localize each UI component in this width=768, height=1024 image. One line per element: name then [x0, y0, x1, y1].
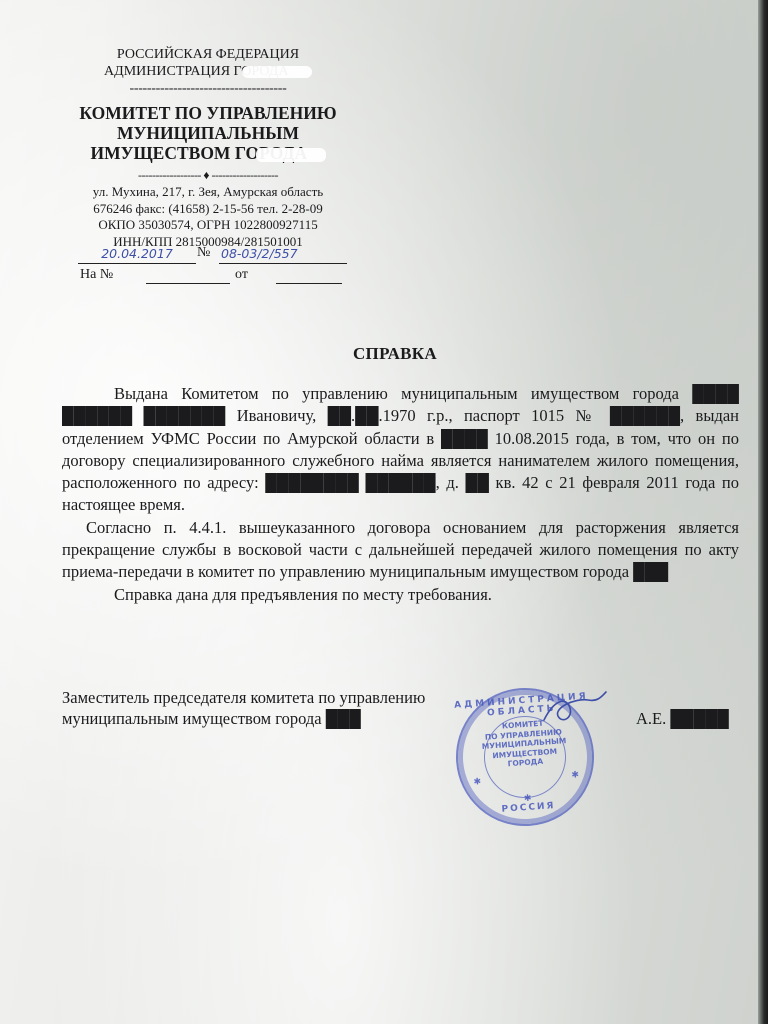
registration-row: 20.04.2017 № 08-03/2/557: [78, 244, 346, 266]
letterhead: РОССИЙСКАЯ ФЕДЕРАЦИЯ АДМИНИСТРАЦИЯ ГОРОД…: [62, 46, 354, 250]
reference-number-label: На №: [80, 267, 113, 283]
diamond-separator: ------------------ ♦ -------------------: [62, 167, 354, 184]
redaction-mark: [256, 148, 326, 162]
number-label: №: [197, 245, 210, 261]
handwritten-signature-icon: [540, 690, 610, 730]
outgoing-date-handwritten: 20.04.2017: [78, 244, 196, 264]
stamp-star-icon: ✱: [473, 777, 481, 788]
letterhead-administration: АДМИНИСТРАЦИЯ ГОРОДА: [62, 63, 354, 80]
signatory-name: А.Е. █████: [636, 708, 729, 729]
document-body: Выдана Комитетом по управлению муниципал…: [62, 383, 739, 606]
stamp-star-icon: ✱: [571, 770, 579, 781]
paper-edge-shadow: [758, 0, 768, 1024]
committee-address: ул. Мухина, 217, г. Зея, Амурская област…: [62, 184, 354, 201]
committee-name-line1: КОМИТЕТ ПО УПРАВЛЕНИЮ: [62, 103, 354, 123]
committee-okpo-ogrn: ОКПО 35030574, ОГРН 1022800927115: [62, 217, 354, 234]
signatory-position-line1: Заместитель председателя комитета по упр…: [62, 687, 742, 708]
paragraph-purpose: Справка дана для предъявления по месту т…: [62, 584, 739, 606]
reference-from-label: от: [235, 267, 248, 283]
paragraph-termination-basis: Согласно п. 4.4.1. вышеуказанного догово…: [62, 517, 739, 584]
outgoing-number-handwritten: 08-03/2/557: [219, 244, 347, 264]
reference-date-blank: [276, 267, 342, 284]
reference-number-blank: [146, 267, 230, 284]
paragraph-issued-to: Выдана Комитетом по управлению муниципал…: [62, 383, 739, 517]
redaction-mark: [242, 66, 312, 78]
signature-block: Заместитель председателя комитета по упр…: [62, 687, 742, 729]
reference-row: На № от: [80, 267, 348, 287]
committee-name-line2: МУНИЦИПАЛЬНЫМ: [62, 123, 354, 143]
letterhead-country: РОССИЙСКАЯ ФЕДЕРАЦИЯ: [62, 46, 354, 63]
committee-name-line3: ИМУЩЕСТВОМ ГОРОДА: [62, 143, 354, 163]
committee-phone-fax: 676246 факс: (41658) 2-15-56 тел. 2-28-0…: [62, 201, 354, 218]
letterhead-separator: ------------------------------------: [62, 80, 354, 97]
document-title: СПРАВКА: [0, 344, 768, 364]
